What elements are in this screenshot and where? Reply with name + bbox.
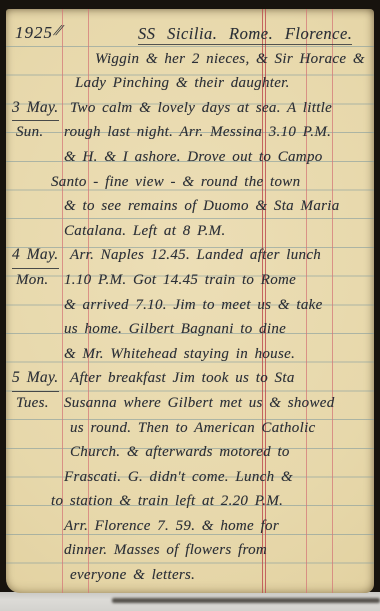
diary-line: Lady Pinching & their daughter. bbox=[64, 71, 372, 96]
entry-text: Arr. Naples 12.45. Landed after lunch bbox=[70, 247, 321, 263]
entry-text: to station & train left at 2.20 P.M. bbox=[51, 493, 283, 509]
diary-line: & arrived 7.10. Jim to meet us & take bbox=[64, 293, 372, 318]
diary-line: everyone & letters. bbox=[64, 563, 372, 588]
diary-line: Church. & afterwards motored to bbox=[64, 440, 372, 465]
year-label: 1925 bbox=[15, 21, 53, 46]
diary-line: & Mr. Whitehead staying in house. bbox=[64, 342, 372, 367]
diary-line: 4 May. Arr. Naples 12.45. Landed after l… bbox=[64, 243, 372, 268]
entry-text: everyone & letters. bbox=[70, 567, 195, 583]
entry-text: us home. Gilbert Bagnani to dine bbox=[64, 321, 286, 337]
entry-date: 4 May. bbox=[12, 243, 59, 269]
diary-line: Mon. 1.10 P.M. Got 14.45 train to Rome bbox=[64, 268, 372, 293]
diary-line: & to see remains of Duomo & Sta Maria bbox=[64, 194, 372, 219]
entry-day: Mon. bbox=[16, 268, 48, 293]
diary-line: Santo - fine view - & round the town bbox=[64, 170, 372, 195]
entry-day: Sun. bbox=[16, 120, 43, 145]
diary-line: Frascati. G. didn't come. Lunch & bbox=[64, 465, 372, 490]
entry-text: After breakfast Jim took us to Sta bbox=[70, 370, 295, 386]
entry-text: Santo - fine view - & round the town bbox=[51, 174, 300, 190]
notebook-page: 1925 // SS Sicilia. Rome. Florence. Wigg… bbox=[6, 9, 374, 593]
entry-text: & H. & I ashore. Drove out to Campo bbox=[64, 149, 323, 165]
diary-line: & H. & I ashore. Drove out to Campo bbox=[64, 145, 372, 170]
entry-text: Frascati. G. didn't come. Lunch & bbox=[64, 469, 293, 485]
entry-date: 5 May. bbox=[12, 366, 59, 392]
intro-line: Lady Pinching & their daughter. bbox=[75, 75, 290, 91]
entry-text: & to see remains of Duomo & Sta Maria bbox=[64, 198, 340, 214]
entry-text: Susanna where Gilbert met us & showed bbox=[64, 395, 335, 411]
entry-text: rough last night. Arr. Messina 3.10 P.M. bbox=[64, 124, 331, 140]
entry-text: & arrived 7.10. Jim to meet us & take bbox=[64, 297, 323, 313]
intro-line: Wiggin & her 2 nieces, & Sir Horace & bbox=[95, 51, 365, 67]
diary-line: Arr. Florence 7. 59. & home for bbox=[64, 514, 372, 539]
entry-text: Arr. Florence 7. 59. & home for bbox=[64, 518, 279, 534]
entry-text: Two calm & lovely days at sea. A little bbox=[70, 100, 332, 116]
diary-line: us home. Gilbert Bagnani to dine bbox=[64, 317, 372, 342]
entry-text: us round. Then to American Catholic bbox=[70, 420, 316, 436]
handwriting-layer: 1925 // SS Sicilia. Rome. Florence. Wigg… bbox=[64, 22, 372, 588]
diary-line: us round. Then to American Catholic bbox=[64, 416, 372, 441]
diary-line: to station & train left at 2.20 P.M. bbox=[64, 489, 372, 514]
entry-text: dinner. Masses of flowers from bbox=[64, 542, 267, 558]
entry-day: Tues. bbox=[16, 391, 49, 416]
diary-line: 3 May. Two calm & lovely days at sea. A … bbox=[64, 96, 372, 121]
next-page-shadow bbox=[112, 598, 380, 603]
diary-line: Sun. rough last night. Arr. Messina 3.10… bbox=[64, 120, 372, 145]
entry-text: Catalana. Left at 8 P.M. bbox=[64, 223, 226, 239]
entry-text: 1.10 P.M. Got 14.45 train to Rome bbox=[64, 272, 296, 288]
entry-text: & Mr. Whitehead staying in house. bbox=[64, 346, 295, 362]
diary-line: Wiggin & her 2 nieces, & Sir Horace & bbox=[64, 47, 372, 72]
entry-date: 3 May. bbox=[12, 96, 59, 122]
diary-line: Catalana. Left at 8 P.M. bbox=[64, 219, 372, 244]
heading-row: 1925 // SS Sicilia. Rome. Florence. bbox=[64, 22, 372, 47]
diary-line: 5 May. After breakfast Jim took us to St… bbox=[64, 366, 372, 391]
diary-line: dinner. Masses of flowers from bbox=[64, 538, 372, 563]
entry-text: Church. & afterwards motored to bbox=[70, 444, 290, 460]
page-heading: SS Sicilia. Rome. Florence. bbox=[138, 24, 352, 45]
diary-line: Tues. Susanna where Gilbert met us & sho… bbox=[64, 391, 372, 416]
